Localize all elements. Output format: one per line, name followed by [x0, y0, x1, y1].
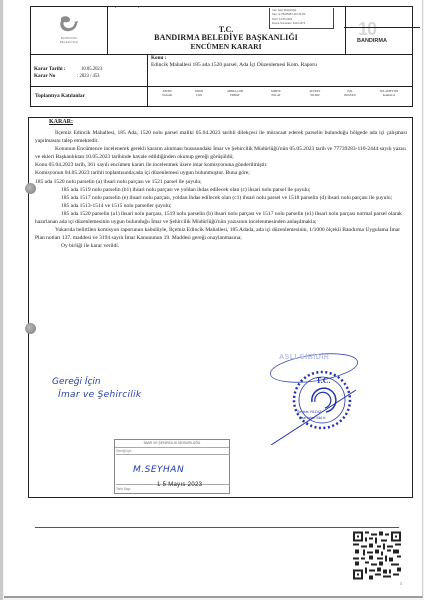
attendee-last-name: ÇON	[179, 93, 219, 97]
decision-paragraph: Oy birliği ile karar verildi.	[35, 242, 407, 250]
anniversary-brand: BANDIRMA	[357, 38, 387, 44]
attendees-row: Toplantıya Katılanlar AYDINYAĞAR ONURÇON…	[31, 86, 412, 106]
anniversary-logo: 10 BANDIRMA	[354, 19, 406, 45]
svg-text:T.C.: T.C.	[316, 376, 331, 385]
decision-heading: KARAR:	[49, 119, 73, 125]
anniversary-logo-cell: 10 BANDIRMA	[345, 7, 413, 54]
official-seal-icon: T.C.	[264, 350, 364, 445]
attendee: IŞILBOSTAN	[330, 89, 370, 97]
decision-date: 10.05.2023	[81, 67, 102, 72]
registry-file-number: Dosya Numarası: 2023-1475...	[272, 22, 331, 26]
registry-stamp: Yazı İşleri Müdürlüğü Sayı: E-78245487-1…	[269, 8, 334, 29]
decision-paragraph: 185 ada 1517 nolu parselin (e) ihsari no…	[35, 194, 407, 202]
certified-copy-stamp: ASLI GİBİDİR	[279, 354, 329, 361]
decision-paragraph: İlçemiz Edincik Mahallesi, 185 Ada, 1520…	[35, 129, 407, 145]
scan-edge	[0, 0, 3, 600]
attendee: MERVEPOLAT	[256, 89, 296, 97]
decision-paragraph: 185 ada 1519 nolu parselin (b1) ihsari n…	[35, 186, 407, 194]
subject-text: Edincik Mahallesi 185 ada 1520 parsel, A…	[151, 62, 317, 68]
decision-paragraph: Konu 05.04.2023 tarih, 361 sayılı encüme…	[35, 161, 407, 169]
attendee: ABDULLAHERBAY	[215, 89, 255, 97]
title-document-type: ENCÜMEN KARARI	[107, 42, 345, 51]
attendee: SELAMETTİNKARACA	[369, 89, 409, 97]
anniversary-number: 10	[358, 19, 376, 40]
routing-department: İMAR VE ŞEHİRCİLİK MÜDÜRLÜĞÜ	[115, 440, 229, 448]
seal-signer-title: Yazı İşleri Md.V.	[299, 416, 326, 420]
decision-paragraph: Konunun Encümence incelenerek gerekli ka…	[35, 145, 407, 161]
decision-no-label: Karar No	[34, 73, 55, 79]
title-municipality: BANDIRMA BELEDİYE BAŞKANLIĞI	[107, 33, 345, 42]
routing-signature: M.SEYHAN	[133, 465, 184, 475]
attendee: ŞEVKETYILDIZ	[295, 89, 335, 97]
header-meta-row: Karar Tarihi : 10.05.2023 Karar No : 202…	[31, 54, 412, 87]
punch-hole	[25, 323, 36, 334]
attendee-last-name: ERBAY	[215, 93, 255, 97]
decision-paragraph: 185 ada 1520 nolu parselin (a) ihsari no…	[35, 178, 407, 186]
decision-paragraph: 185 ada 1520 parselin (a1) ihsari nolu p…	[35, 210, 407, 226]
decision-paragraph: Yukarıda belirtilen komisyon raporunun k…	[35, 226, 407, 242]
attendee: ONURÇON	[179, 89, 219, 97]
attendees-label-cell: Toplantıya Katılanlar	[31, 86, 148, 106]
attendee-last-name: POLAT	[256, 93, 296, 97]
decision-no: : 2023 / 453	[77, 74, 100, 79]
footer-divider	[35, 527, 399, 528]
routing-date: 1 5 Mayıs 2023	[157, 482, 202, 488]
attendee-last-name: KARACA	[369, 93, 409, 97]
page-number: 1	[400, 581, 402, 586]
punch-hole	[25, 183, 36, 194]
decision-meta-cell: Karar Tarihi : 10.05.2023 Karar No : 202…	[31, 54, 148, 86]
qr-code-icon	[353, 531, 401, 580]
document-page: • • BANDIRMA BELEDİYESİ T.C. BANDIRMA BE…	[4, 0, 423, 598]
municipality-logo: BANDIRMA BELEDİYESİ	[51, 15, 87, 51]
routing-stamp: İMAR VE ŞEHİRCİLİK MÜDÜRLÜĞÜ Gereği İçin…	[114, 439, 230, 494]
seal-signer-name: Şevket YILDIZ	[297, 410, 321, 414]
header-title-row: BANDIRMA BELEDİYESİ T.C. BANDIRMA BELEDİ…	[31, 7, 412, 55]
decision-paragraph: Komisyonun 04.05.2023 tarihli toplantısı…	[35, 169, 407, 177]
municipality-bird-icon	[58, 15, 80, 33]
subject-label: Konu :	[151, 55, 166, 61]
attendees-label: Toplantıya Katılanlar	[35, 93, 85, 99]
municipality-logo-cell: BANDIRMA BELEDİYESİ	[31, 7, 108, 54]
handwritten-note: İmar ve Şehircilik	[58, 390, 141, 400]
decision-paragraph: 185 ada 1513-1514 ve 1515 nolu parseller…	[35, 202, 407, 210]
attendee-last-name: YILDIZ	[295, 93, 335, 97]
registry-divider	[344, 27, 420, 28]
attendees-list: AYDINYAĞAR ONURÇON ABDULLAHERBAY MERVEPO…	[147, 86, 412, 106]
handwritten-note: Gereği İçin	[52, 377, 101, 387]
routing-action: Gereği İçin	[116, 448, 230, 455]
decision-date-label: Karar Tarihi :	[34, 66, 66, 72]
decision-body: İlçemiz Edincik Mahallesi, 185 Ada, 1520…	[35, 129, 407, 250]
subject-cell: Konu : Edincik Mahallesi 185 ada 1520 pa…	[147, 54, 412, 86]
attendee-last-name: BOSTAN	[330, 93, 370, 97]
header-table: BANDIRMA BELEDİYESİ T.C. BANDIRMA BELEDİ…	[30, 6, 413, 107]
municipality-logo-text: BELEDİYESİ	[51, 40, 87, 44]
